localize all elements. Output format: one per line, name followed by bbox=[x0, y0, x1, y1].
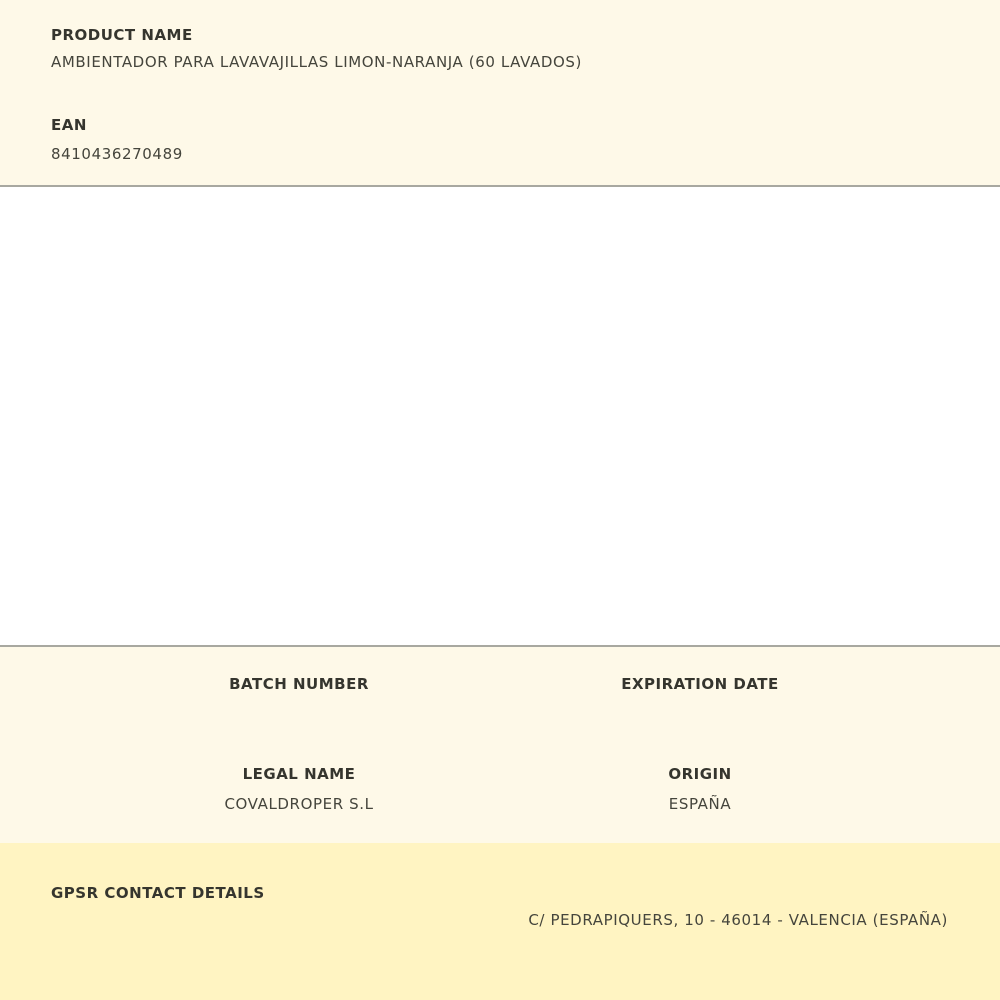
batch-number-label: BATCH NUMBER bbox=[229, 675, 369, 693]
product-name-value: AMBIENTADOR PARA LAVAVAJILLAS LIMON-NARA… bbox=[51, 53, 582, 71]
gpsr-section: GPSR CONTACT DETAILS C/ PEDRAPIQUERS, 10… bbox=[0, 843, 1000, 1000]
product-info-section: BATCH NUMBER EXPIRATION DATE LEGAL NAME … bbox=[0, 645, 1000, 845]
product-header-section: PRODUCT NAME AMBIENTADOR PARA LAVAVAJILL… bbox=[0, 0, 1000, 187]
product-name-label: PRODUCT NAME bbox=[51, 26, 193, 44]
expiration-date-label: EXPIRATION DATE bbox=[621, 675, 779, 693]
ean-label: EAN bbox=[51, 116, 87, 134]
origin-value: ESPAÑA bbox=[669, 795, 731, 813]
legal-name-value: COVALDROPER S.L bbox=[224, 795, 373, 813]
gpsr-address: C/ PEDRAPIQUERS, 10 - 46014 - VALENCIA (… bbox=[528, 911, 948, 929]
origin-label: ORIGIN bbox=[668, 765, 731, 783]
ean-value: 8410436270489 bbox=[51, 145, 183, 163]
legal-name-label: LEGAL NAME bbox=[243, 765, 356, 783]
image-area bbox=[0, 187, 1000, 645]
gpsr-contact-label: GPSR CONTACT DETAILS bbox=[51, 884, 265, 902]
